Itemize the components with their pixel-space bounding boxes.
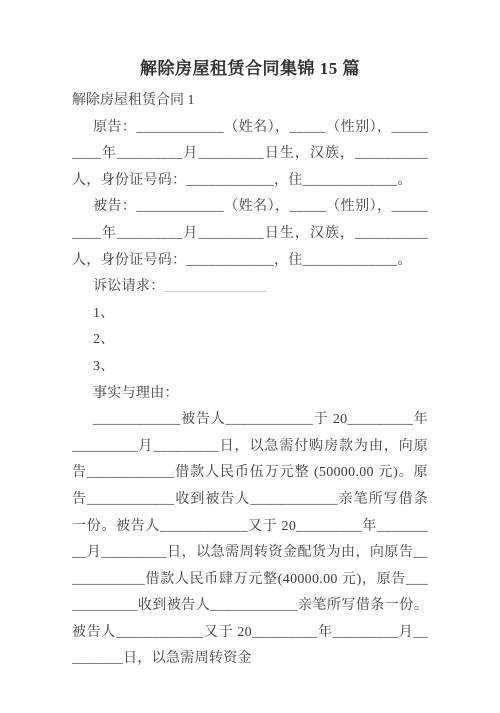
paragraph: 事实与理由： xyxy=(72,381,428,408)
fill-in-blank-line: ______________ xyxy=(165,279,267,294)
paragraph: ____________被告人____________于 20_________… xyxy=(72,407,428,673)
document-title: 解除房屋租赁合同集锦 15 篇 xyxy=(72,57,428,81)
paragraph-label: 诉讼请求： xyxy=(93,279,165,294)
document-body: 原告：____________（姓名），_____（性别），_________年… xyxy=(72,115,428,673)
paragraph: 原告：____________（姓名），_____（性别），_________年… xyxy=(72,115,428,195)
paragraph: 1、 xyxy=(72,301,428,328)
paragraph: 3、 xyxy=(72,354,428,381)
paragraph: 诉讼请求：______________ xyxy=(72,274,428,301)
document-subtitle: 解除房屋租赁合同 1 xyxy=(72,88,428,115)
paragraph: 2、 xyxy=(72,327,428,354)
document-page: 解除房屋租赁合同集锦 15 篇 解除房屋租赁合同 1 原告：__________… xyxy=(0,0,500,713)
paragraph: 被告：____________（姓名），_____（性别），_________年… xyxy=(72,194,428,274)
